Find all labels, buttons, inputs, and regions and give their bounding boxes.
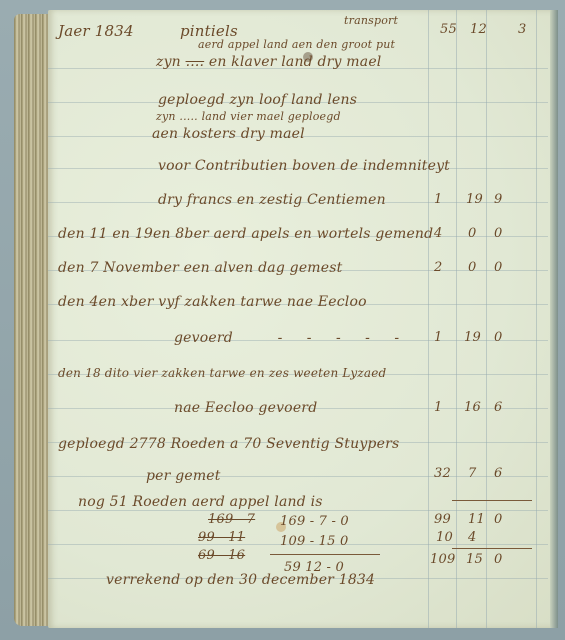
entry-line: nae Eecloo gevoerd xyxy=(174,400,317,416)
interlinear-note: aerd appel land aen den groot put xyxy=(198,38,395,51)
column-rule xyxy=(536,10,537,628)
calc-line: 109 - 15 0 xyxy=(280,534,348,549)
entry-line: den 4en xber vyf zakken tarwe nae Eecloo xyxy=(58,294,367,310)
struck-calc: 69 - 16 xyxy=(198,548,245,563)
carry-label: transport xyxy=(344,14,398,27)
entry-line: aen kosters dry mael xyxy=(152,126,305,142)
entry-line: voor Contributien boven de indemniteyt xyxy=(158,158,450,174)
subtotal-c: 0 xyxy=(494,512,502,527)
entry-line: den 7 November een alven dag gemest xyxy=(58,260,342,276)
carry-amount-b: 12 xyxy=(470,22,487,37)
amount-c: 0 xyxy=(494,260,502,275)
ruled-line xyxy=(48,510,548,511)
column-rule xyxy=(456,10,457,628)
subtotal-b: 11 xyxy=(468,512,485,527)
entry-line: den 18 dito vier zakken tarwe en zes wee… xyxy=(58,366,386,380)
entry-line: dry francs en zestig Centiemen xyxy=(158,192,386,208)
amount-c: 0 xyxy=(494,330,502,345)
entry-line: geploegd 2778 Roeden a 70 Seventig Stuyp… xyxy=(58,436,399,452)
calc-sum-line xyxy=(270,554,380,555)
calc-line: 169 - 7 - 0 xyxy=(280,514,349,529)
amount-b: 19 xyxy=(464,330,481,345)
grand-total-c: 0 xyxy=(494,552,502,567)
amount-b: 0 xyxy=(468,260,476,275)
amount-a: 1 xyxy=(434,400,442,415)
subtotal-a: 99 xyxy=(434,512,451,527)
entry-line: zyn .... en klaver land dry mael xyxy=(156,54,381,70)
entry-line: gevoerd - - - - - xyxy=(174,330,409,346)
addition-a: 10 xyxy=(436,530,453,545)
amount-b: 16 xyxy=(464,400,481,415)
sum-line xyxy=(452,500,532,501)
amount-b: 0 xyxy=(468,226,476,241)
settlement-note: verrekend op den 30 december 1834 xyxy=(106,572,375,588)
amount-c: 0 xyxy=(494,226,502,241)
amount-c: 9 xyxy=(494,192,502,207)
grand-total-b: 15 xyxy=(466,552,483,567)
amount-a: 32 xyxy=(434,466,451,481)
column-rule xyxy=(428,10,429,628)
addition-b: 4 xyxy=(468,530,476,545)
page-gutter xyxy=(550,10,558,628)
entry-line: den 11 en 19en 8ber aerd apels en wortel… xyxy=(58,226,433,242)
year-label: Jaer 1834 xyxy=(58,22,134,40)
entry-line: per gemet xyxy=(146,468,221,484)
amount-c: 6 xyxy=(494,400,502,415)
struck-calc: 169 - 7 xyxy=(208,512,255,527)
total-line xyxy=(452,548,532,549)
amount-b: 7 xyxy=(468,466,476,481)
struck-text: .... xyxy=(186,54,205,70)
entry-line: geploegd zyn loof land lens xyxy=(158,92,357,108)
entry-text: en klaver land dry mael xyxy=(209,54,382,70)
amount-a: 1 xyxy=(434,330,442,345)
carry-amount-c: 3 xyxy=(518,22,526,37)
amount-a: 2 xyxy=(434,260,442,275)
grand-total-a: 109 xyxy=(430,552,455,567)
amount-b: 19 xyxy=(466,192,483,207)
entry-text: zyn xyxy=(156,54,181,70)
struck-calc: 99 - 11 xyxy=(198,530,245,545)
interlinear-note: zyn ..... land vier mael geploegd xyxy=(156,110,341,123)
carry-amount-a: 55 xyxy=(440,22,457,37)
filler-dashes: - - - - - xyxy=(278,330,409,346)
amount-a: 4 xyxy=(434,226,442,241)
entry-text: gevoerd xyxy=(174,330,233,346)
ledger-page: Jaer 1834 pintiels transport 55 12 3 aer… xyxy=(48,10,558,628)
amount-c: 6 xyxy=(494,466,502,481)
amount-a: 1 xyxy=(434,192,442,207)
column-rule xyxy=(486,10,487,628)
entry-line: nog 51 Roeden aerd appel land is xyxy=(78,494,323,510)
